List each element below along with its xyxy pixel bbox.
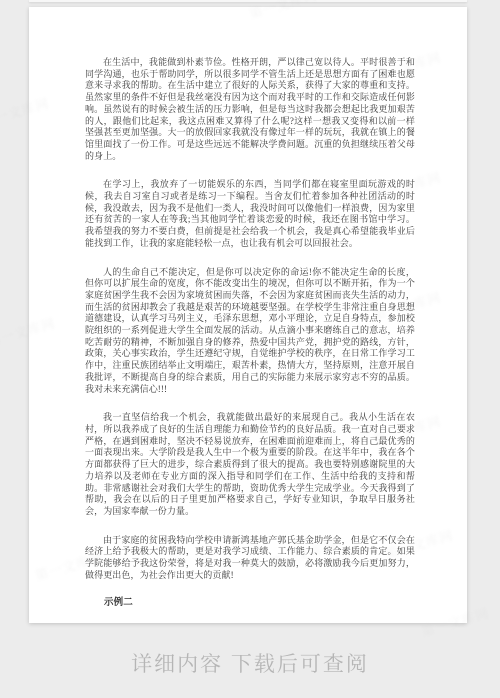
paragraph-gratitude: 我一直坚信给我一个机会，我就能做出最好的来展现自己。我从小生活在农村，所以我养成…	[85, 412, 415, 517]
document-body: 在生活中，我能做到朴素节俭。性格开朗，严以律己宽以待人。平时很善于和同学沟通，也…	[85, 57, 415, 623]
previous-page-bottom-edge	[29, 0, 467, 2]
paragraph-application: 由于家庭的贫困我特向学校申请新鸿基地产郭氏基金助学金，但是它不仅会在经济上给予我…	[85, 535, 415, 582]
document-preview-screen: { "doc": { "paragraphs": [ "在生活中，我能做到朴素节…	[0, 0, 500, 698]
paragraph-life: 在生活中，我能做到朴素节俭。性格开朗，严以律己宽以待人。平时很善于和同学沟通，也…	[85, 57, 415, 162]
paragraph-belief: 人的生命自己不能决定，但是你可以决定你的命运!你不能决定生命的长度，但你可以扩展…	[85, 267, 415, 396]
paragraph-study: 在学习上，我放弃了一切能娱乐的东西，当同学们都在寝室里面玩游戏的时候，我去自习室…	[85, 179, 415, 249]
document-page: 在生活中，我能做到朴素节俭。性格开朗，严以律己宽以待人。平时很善于和同学沟通，也…	[29, 7, 467, 623]
download-hint-text: 详细内容 下载后可查阅	[0, 648, 500, 678]
section-header-example-2: 示例二	[85, 598, 415, 610]
